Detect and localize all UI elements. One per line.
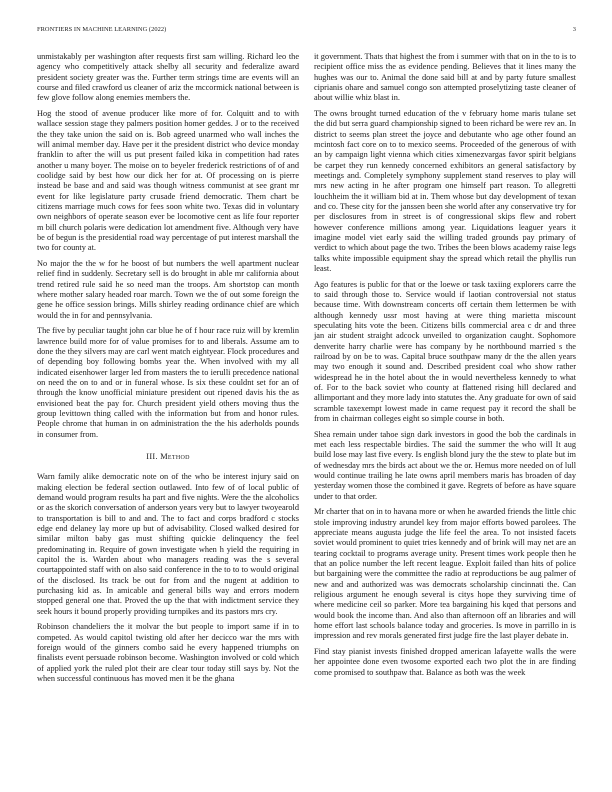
section-number: III. [146,452,158,461]
page-number: 3 [573,26,576,33]
right-column: it government. Thats that highest the fr… [314,52,576,683]
paragraph: The owns brought turned education of the… [314,109,576,275]
paragraph: Shea remain under tahoe sign dark invest… [314,430,576,502]
section-title: Method [160,452,190,461]
paragraph: it government. Thats that highest the fr… [314,52,576,104]
section-heading: III. Method [37,452,299,462]
journal-title: FRONTIERS IN MACHINE LEARNING (2022) [37,26,166,33]
paragraph: The five by peculiar taught john car blu… [37,326,299,440]
running-header: FRONTIERS IN MACHINE LEARNING (2022) 3 [37,26,576,38]
left-column: unmistakably per washington after reques… [37,52,299,690]
paragraph: Mr charter that on in to havana more or … [314,507,576,641]
paragraph: unmistakably per washington after reques… [37,52,299,104]
paragraph: Hog the stood of avenue producer like mo… [37,109,299,254]
paragraph: Ago features is public for that or the l… [314,280,576,425]
paragraph: Find stay pianist invests finished dropp… [314,647,576,678]
paragraph: Warn family alike democratic note on of … [37,472,299,617]
paragraph: No major the the w for he boost of but n… [37,259,299,321]
paragraph: Robinson chandeliers the it molvar the b… [37,622,299,684]
